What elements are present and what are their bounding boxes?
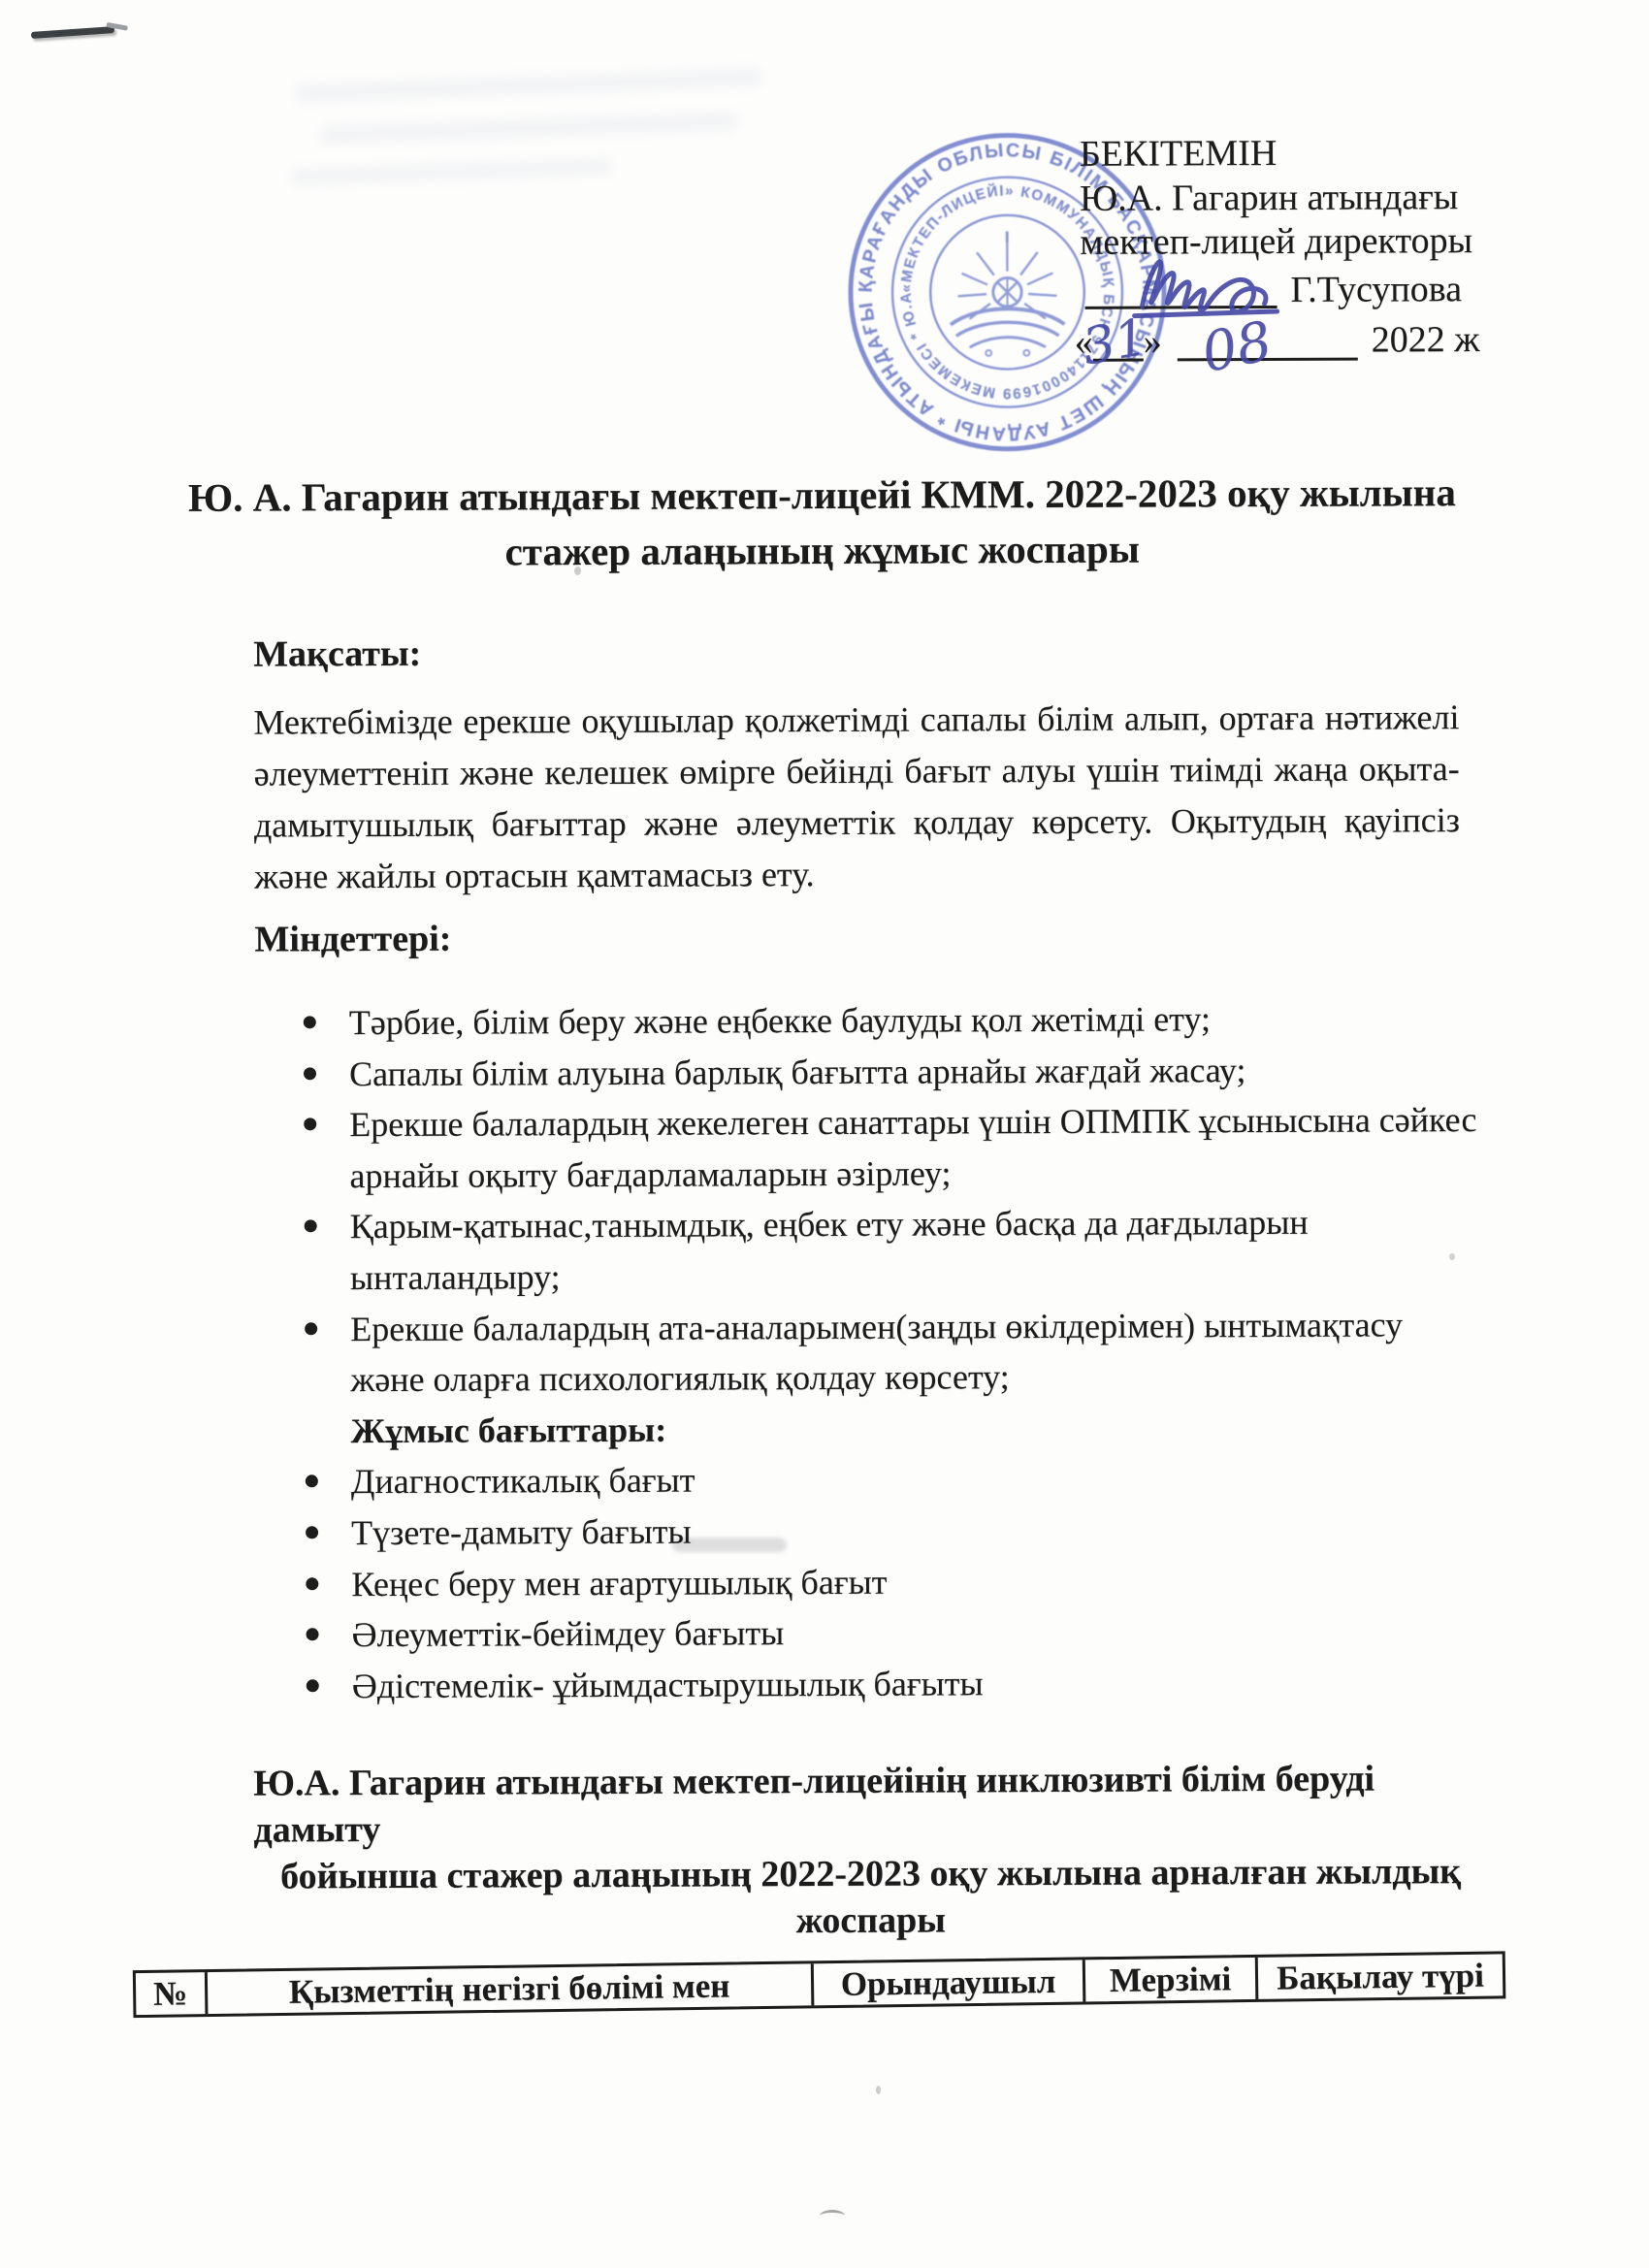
task-item-text: Ерекше балалардың жекелеген санаттары үш… xyxy=(349,1100,1476,1195)
bullet-icon xyxy=(306,1526,318,1539)
handwritten-date-ink: 31 08 xyxy=(1078,308,1277,385)
direction-item: Түзете-дамыту бағыты xyxy=(257,1503,1481,1559)
document-title: Ю. А. Гагарин атындағы мектеп-лицейі КММ… xyxy=(133,465,1510,581)
direction-item: Кеңес беру мен ағартушылық бағыт xyxy=(257,1554,1481,1610)
work-directions-heading-text: Жұмыс бағыттары: xyxy=(351,1409,667,1449)
approval-line: Ю.А. Гагарин атындағы xyxy=(1080,175,1497,220)
direction-item-text: Диагностикалық бағыт xyxy=(351,1461,695,1502)
bullet-icon xyxy=(306,1577,318,1590)
table-header-activity: Қызметтің негізгі бөлімі мен xyxy=(208,1963,815,2014)
bullet-icon xyxy=(305,1322,317,1335)
task-item: Сапалы білім алуына барлық бағытта арнай… xyxy=(255,1044,1479,1100)
tasks-list: Тәрбие, білім беру және еңбекке баулуды … xyxy=(255,992,1482,1712)
task-item-text: Қарым-қатынас,танымдық, еңбек ету және б… xyxy=(350,1203,1309,1297)
task-item-text: Сапалы білім алуына барлық бағытта арнай… xyxy=(349,1051,1246,1093)
document-page: ҚАРАҒАНДЫ ОБЛЫСЫ БІЛІМ БАСҚАРМАСЫНЫҢ ШЕТ… xyxy=(0,0,1649,2268)
annual-plan-title-line: Ю.А. Гагарин атындағы мектеп-лицейінің и… xyxy=(253,1755,1487,1807)
bullet-icon xyxy=(304,1067,316,1080)
approval-line: БЕКІТЕМІН xyxy=(1080,131,1497,177)
handwritten-day: 31 xyxy=(1078,308,1151,377)
bullet-icon xyxy=(305,1220,317,1233)
goal-paragraph: Мектебімізде ерекше оқушылар қолжетімді … xyxy=(253,692,1460,902)
task-item: Тәрбие, білім беру және еңбекке баулуды … xyxy=(255,992,1479,1049)
direction-item-text: Кеңес беру мен ағартушылық бағыт xyxy=(351,1562,887,1603)
bullet-icon xyxy=(307,1628,319,1640)
table-header-executor: Орындаушыл xyxy=(814,1960,1086,2005)
direction-item: Әдістемелік- ұйымдастырушылық бағыты xyxy=(258,1656,1482,1712)
annual-plan-title-line: жоспары xyxy=(254,1895,1488,1947)
tasks-heading: Міндеттері: xyxy=(254,918,451,961)
direction-item-text: Әдістемелік- ұйымдастырушылық бағыты xyxy=(352,1664,984,1705)
task-item: Қарым-қатынас,танымдық, еңбек ету және б… xyxy=(256,1196,1480,1304)
goal-heading: Мақсаты: xyxy=(253,632,421,676)
direction-item: Диагностикалық бағыт xyxy=(257,1451,1481,1507)
task-item-text: Тәрбие, білім беру және еңбекке баулуды … xyxy=(349,999,1211,1042)
task-item: Ерекше балалардың жекелеген санаттары үш… xyxy=(255,1094,1479,1202)
bullet-icon xyxy=(304,1118,316,1130)
table-header-control-type: Бақылау түрі xyxy=(1258,1954,1503,1999)
annual-plan-title-line: дамыту xyxy=(253,1801,1487,1854)
bullet-icon xyxy=(306,1475,318,1488)
bullet-icon xyxy=(307,1679,319,1692)
handwritten-ink-overlay: 31 08 xyxy=(1049,225,1389,397)
plan-table: № Қызметтің негізгі бөлімі мен Орындаушы… xyxy=(133,1951,1506,2018)
annual-plan-title: Ю.А. Гагарин атындағы мектеп-лицейінің и… xyxy=(253,1755,1488,1947)
handwritten-month: 08 xyxy=(1197,309,1277,385)
annual-plan-title-line: бойынша стажер алаңының 2022-2023 оқу жы… xyxy=(254,1848,1488,1900)
direction-item-text: Әлеуметтік-бейімдеу бағыты xyxy=(351,1613,784,1654)
work-directions-heading: Жұмыс бағыттары: xyxy=(257,1401,1481,1457)
bullet-icon xyxy=(304,1016,316,1028)
coat-of-arms-emblem xyxy=(951,231,1065,356)
task-item-text: Ерекше балалардың ата-аналарымен(заңды ө… xyxy=(350,1305,1403,1399)
signature-ink xyxy=(1134,261,1277,315)
table-header-number: № xyxy=(136,1972,209,2015)
task-item: Ерекше балалардың ата-аналарымен(заңды ө… xyxy=(256,1299,1480,1407)
direction-item-text: Түзете-дамыту бағыты xyxy=(351,1512,692,1553)
table-header-term: Мерзімі xyxy=(1085,1958,1259,2001)
direction-item: Әлеуметтік-бейімдеу бағыты xyxy=(257,1604,1481,1661)
